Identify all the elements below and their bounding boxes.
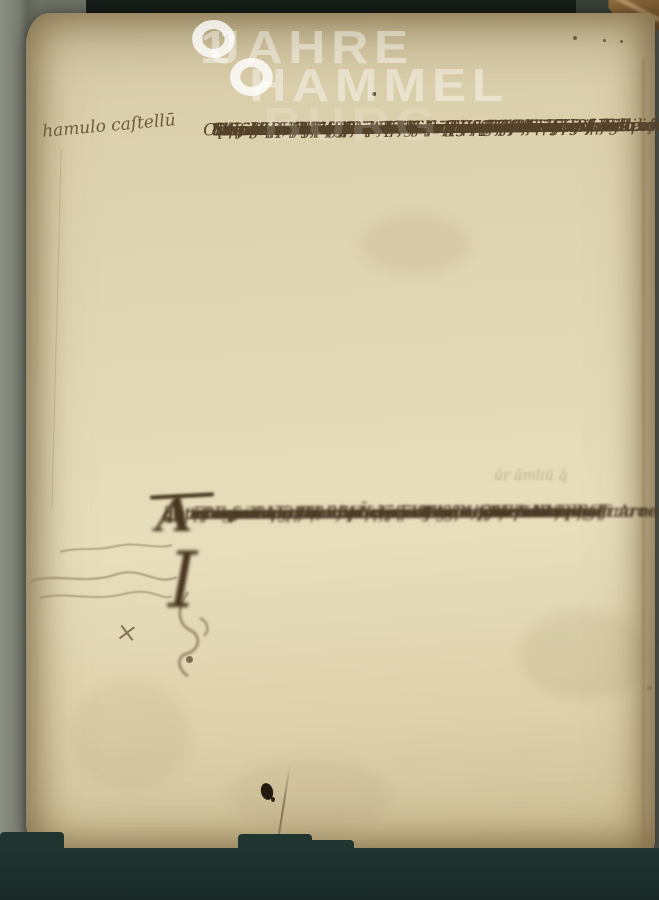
initial-I: I (168, 536, 197, 626)
parchment-stain (520, 610, 650, 700)
x-mark: × (114, 617, 140, 650)
speck (620, 40, 623, 43)
speck (573, 36, 577, 40)
ink-dot (186, 656, 193, 663)
manuscript-line: q̄ntūcūq; in ip̄a uilla bollane in legib… (163, 500, 558, 526)
manuscript-photo: hamulo caſtellū × donatūq; in ppetuū eē … (0, 0, 659, 900)
bleedthrough-text: ūr āmliū q̄ (494, 468, 567, 484)
watermark-word-burg: BURG (264, 97, 443, 151)
initial-A: A (156, 488, 192, 543)
binding-bottom (0, 848, 659, 900)
pencil-margin-scribbles (22, 540, 182, 620)
parchment-stain (70, 680, 190, 790)
speck (647, 686, 652, 690)
parchment-stain (230, 760, 390, 830)
parchment-stain (360, 215, 470, 275)
page-edge-shadow (642, 58, 645, 846)
speck (603, 39, 606, 42)
ink-blot-small (271, 797, 275, 802)
